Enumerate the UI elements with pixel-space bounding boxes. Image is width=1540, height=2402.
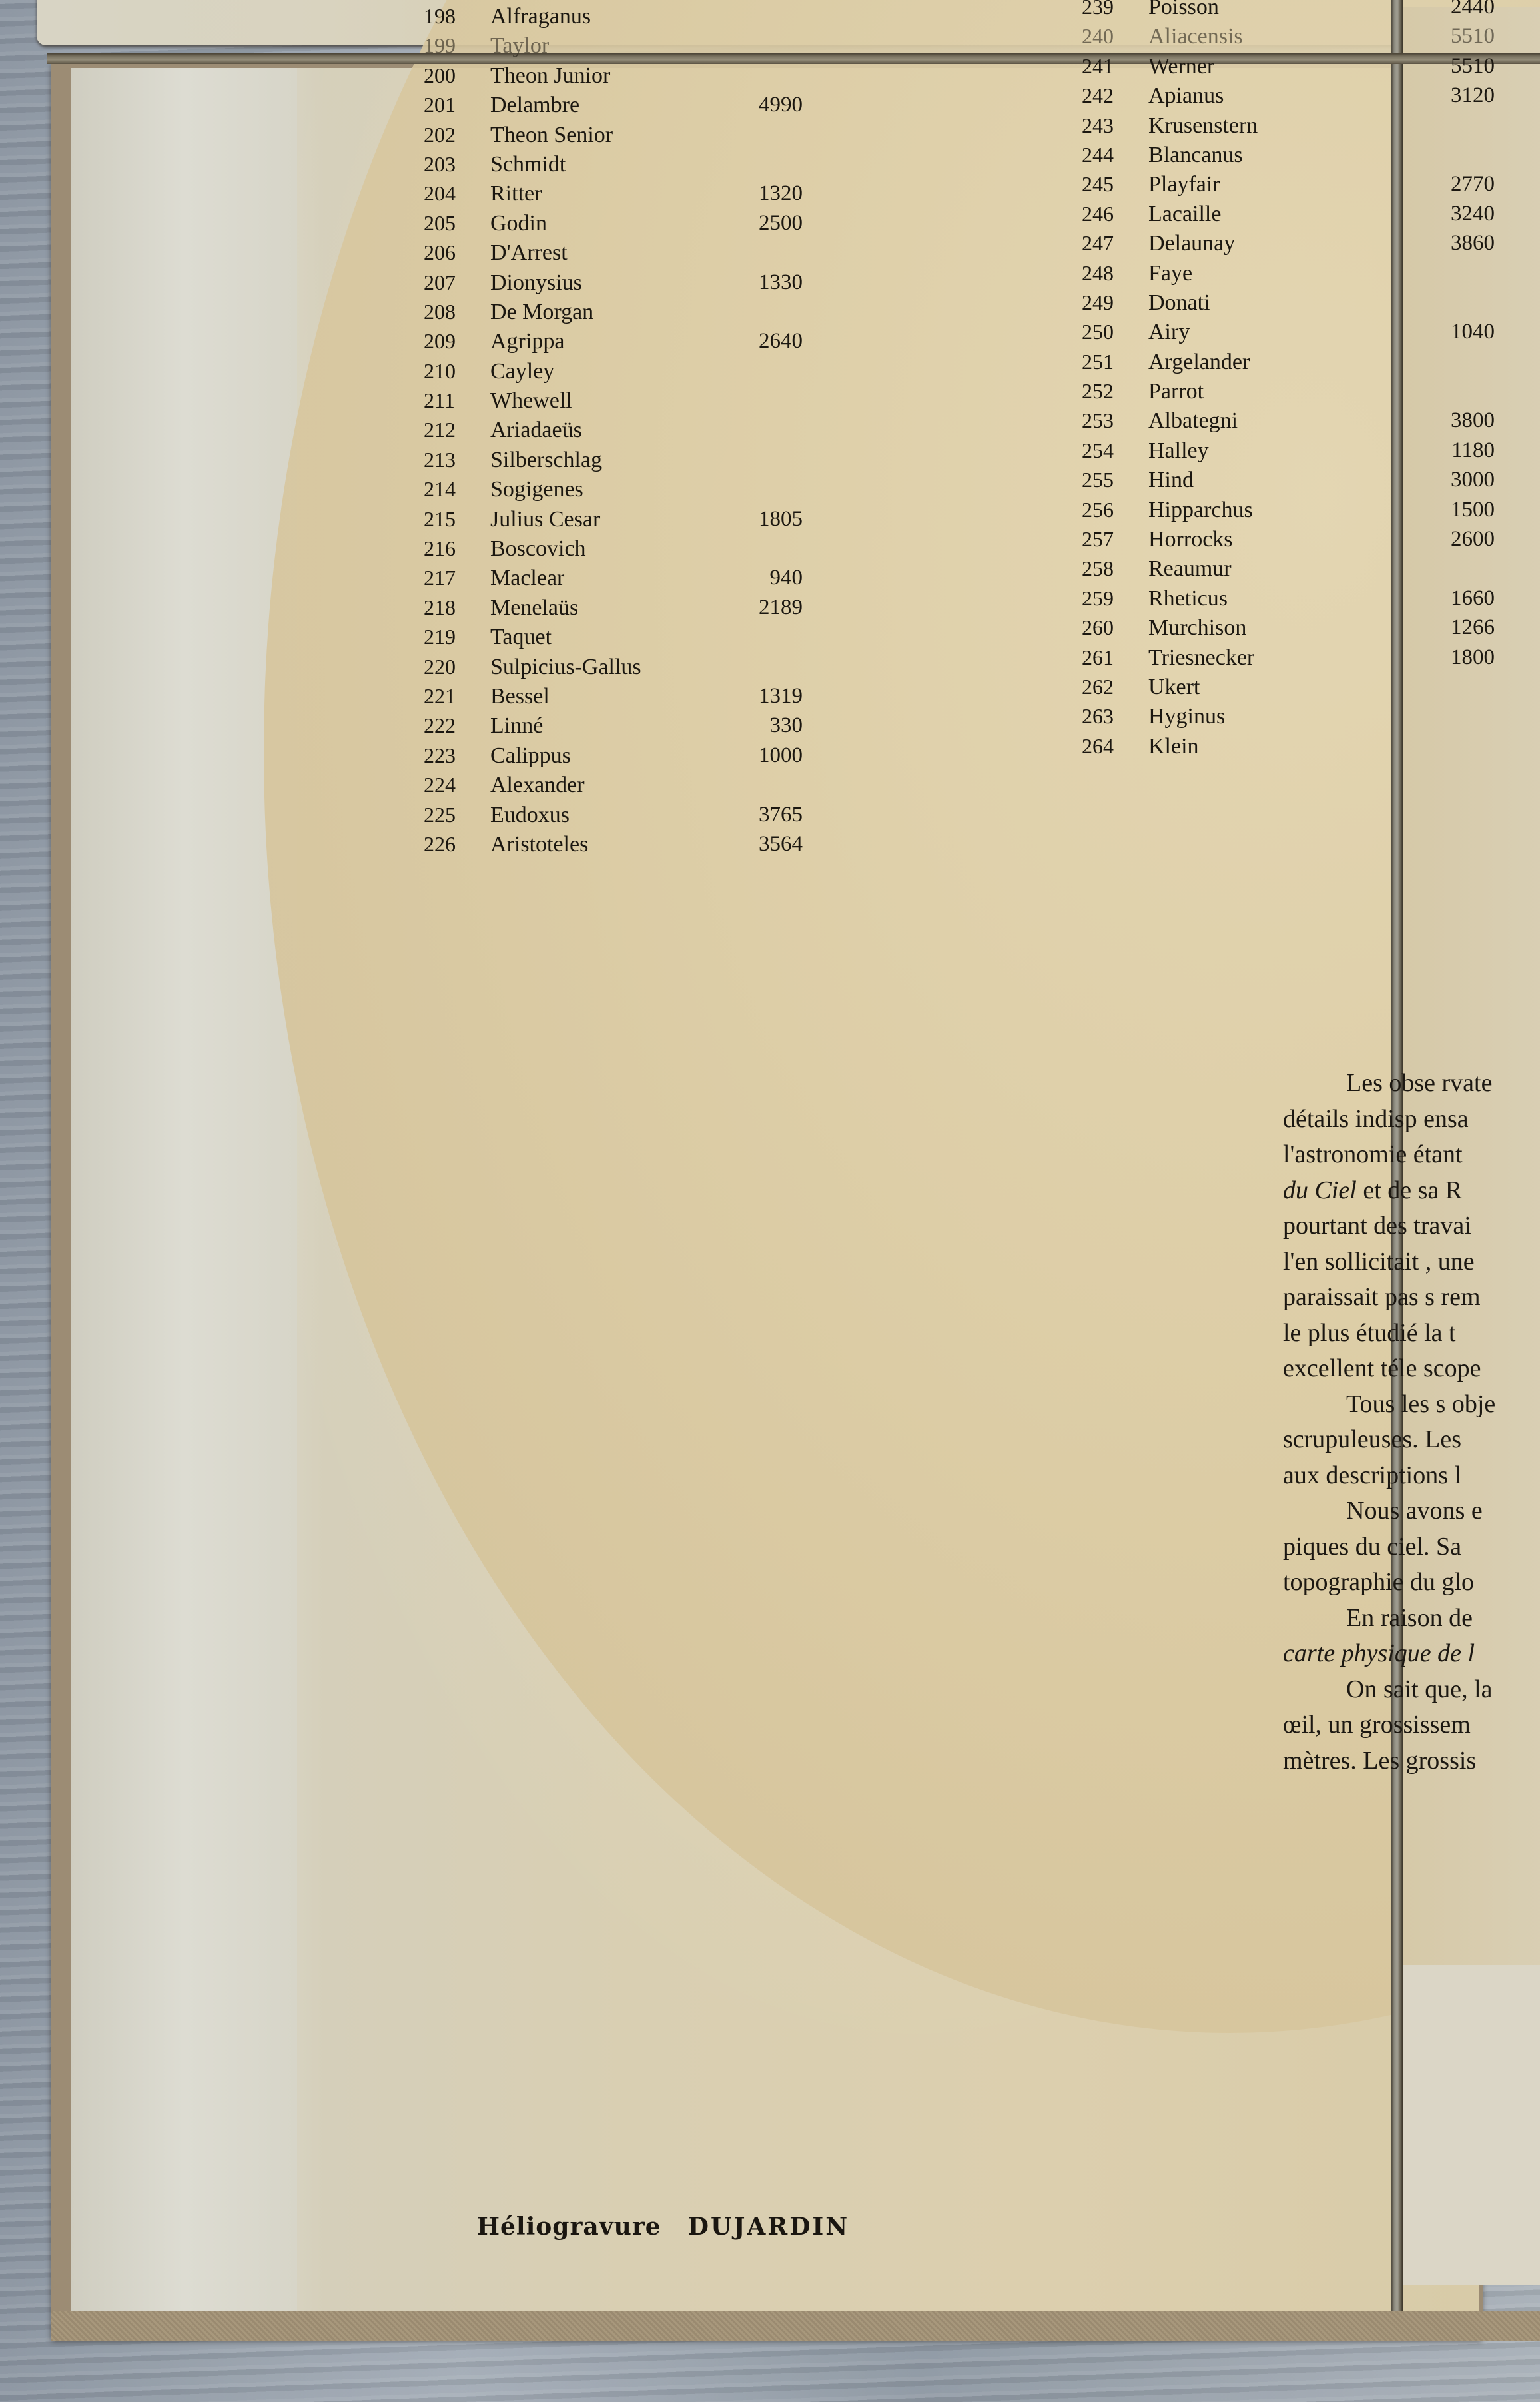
crater-number: 207 (424, 270, 484, 295)
intro-line: En raison de (1283, 1601, 1540, 1637)
crater-altitude: 1266 (1415, 615, 1495, 640)
crater-number: 219 (424, 625, 484, 649)
intro-line: paraissait pas s rem (1283, 1280, 1540, 1316)
credit-brand: DUJARDIN (688, 2213, 849, 2241)
crater-altitude: 5510 (1415, 24, 1495, 49)
crater-number: 261 (1082, 645, 1142, 670)
cloth-binding-edge (51, 2311, 1540, 2341)
crater-name: Julius Cesar (490, 507, 600, 532)
crater-altitude: 3564 (723, 832, 803, 857)
crater-altitude: 1180 (1415, 438, 1495, 463)
crater-name: Alexander (490, 773, 585, 798)
intro-line: mètres. Les grossis (1283, 1743, 1540, 1779)
crater-altitude: 330 (723, 713, 803, 738)
crater-name: Godin (490, 211, 547, 236)
crater-altitude: 2440 (1415, 0, 1495, 19)
crater-number: 254 (1082, 438, 1142, 463)
crater-name: Aristoteles (490, 832, 588, 857)
crater-altitude: 1805 (723, 507, 803, 532)
crater-name: Krusenstern (1148, 113, 1258, 139)
crater-name: Silberschlag (490, 448, 602, 473)
crater-name: Linné (490, 713, 543, 739)
intro-line: Tous les s obje (1283, 1387, 1540, 1423)
crater-name: Blancanus (1148, 143, 1243, 168)
crater-name: Whewell (490, 388, 572, 414)
crater-number: 202 (424, 123, 484, 147)
crater-name: Rheticus (1148, 586, 1228, 611)
crater-name: Airy (1148, 320, 1190, 345)
crater-number: 214 (424, 477, 484, 502)
crater-altitude: 2600 (1415, 527, 1495, 552)
crater-number: 224 (424, 773, 484, 797)
crater-name: Donati (1148, 290, 1210, 316)
paper (71, 68, 1479, 2311)
intro-line: Nous avons e (1283, 1493, 1540, 1529)
crater-number: 222 (424, 713, 484, 738)
crater-name: Werner (1148, 54, 1214, 79)
horizontal-fold-hinge (47, 53, 1540, 64)
crater-altitude: 3120 (1415, 83, 1495, 108)
crater-number: 251 (1082, 350, 1142, 374)
intro-line: le plus étudié la t (1283, 1316, 1540, 1352)
crater-altitude: 3000 (1415, 468, 1495, 492)
crater-name: Hind (1148, 468, 1194, 493)
crater-number: 206 (424, 240, 484, 265)
crater-number: 240 (1082, 24, 1142, 49)
crater-number: 247 (1082, 231, 1142, 256)
intro-line: l'en sollicitait , une (1283, 1244, 1540, 1280)
crater-number: 257 (1082, 527, 1142, 552)
crater-altitude: 2500 (723, 211, 803, 236)
crater-name: Agrippa (490, 329, 564, 354)
crater-name: Halley (1148, 438, 1209, 464)
crater-name: De Morgan (490, 300, 593, 325)
printer-credit: HéliogravureDUJARDIN (477, 2213, 849, 2241)
crater-name: Playfair (1148, 172, 1220, 197)
crater-name: Ariadaeüs (490, 418, 582, 443)
intro-line: scrupuleuses. Les (1283, 1422, 1540, 1458)
intro-paragraph: Les obse rvatedétails indisp ensal'astro… (1283, 1066, 1540, 1779)
crater-number: 260 (1082, 615, 1142, 640)
crater-number: 220 (424, 655, 484, 679)
crater-number: 253 (1082, 408, 1142, 433)
crater-number: 263 (1082, 704, 1142, 729)
crater-name: Klein (1148, 734, 1199, 759)
crater-name: Delambre (490, 93, 579, 118)
crater-number: 215 (424, 507, 484, 532)
crater-number: 212 (424, 418, 484, 442)
crater-number: 245 (1082, 172, 1142, 197)
crater-number: 209 (424, 329, 484, 354)
crater-altitude: 1660 (1415, 586, 1495, 611)
crater-number: 242 (1082, 83, 1142, 108)
crater-number: 264 (1082, 734, 1142, 759)
crater-altitude: 1320 (723, 181, 803, 206)
crater-name: Taquet (490, 625, 552, 650)
crater-name: Menelaüs (490, 596, 578, 621)
crater-number: 226 (424, 832, 484, 857)
crater-number: 218 (424, 596, 484, 620)
intro-line: du Ciel et de sa R (1283, 1173, 1540, 1209)
crater-number: 203 (424, 152, 484, 177)
crater-name: Alfraganus (490, 4, 591, 29)
intro-line: Les obse rvate (1283, 1066, 1540, 1102)
crater-number: 243 (1082, 113, 1142, 138)
crater-number: 239 (1082, 0, 1142, 19)
crater-name: Delaunay (1148, 231, 1235, 256)
crater-name: Sulpicius-Gallus (490, 655, 641, 680)
crater-number: 223 (424, 743, 484, 768)
crater-number: 249 (1082, 290, 1142, 315)
crater-name: Apianus (1148, 83, 1224, 109)
intro-line: l'astronomie étant (1283, 1137, 1540, 1173)
crater-number: 204 (424, 181, 484, 206)
crater-altitude: 2189 (723, 596, 803, 620)
intro-line: excellent téle scope (1283, 1351, 1540, 1387)
credit-prefix: Héliogravure (477, 2213, 661, 2241)
crater-number: 211 (424, 388, 484, 413)
crater-name: Hyginus (1148, 704, 1225, 729)
crater-name: Horrocks (1148, 527, 1233, 552)
crater-number: 210 (424, 359, 484, 384)
crater-altitude: 1800 (1415, 645, 1495, 670)
crater-name: Bessel (490, 684, 550, 709)
intro-line: topographie du glo (1283, 1565, 1540, 1601)
crater-name: Theon Senior (490, 123, 613, 148)
crater-number: 200 (424, 63, 484, 88)
crater-altitude: 2640 (723, 329, 803, 354)
crater-altitude: 5510 (1415, 54, 1495, 79)
crater-altitude: 3240 (1415, 202, 1495, 226)
crater-altitude: 940 (723, 566, 803, 590)
crater-number: 250 (1082, 320, 1142, 344)
crater-number: 221 (424, 684, 484, 709)
crater-number: 241 (1082, 54, 1142, 79)
crater-number: 246 (1082, 202, 1142, 226)
crater-number: 208 (424, 300, 484, 324)
crater-name: Aliacensis (1148, 24, 1243, 49)
crater-name: D'Arrest (490, 240, 568, 266)
crater-name: Cayley (490, 359, 554, 384)
crater-name: Albategni (1148, 408, 1238, 434)
crater-number: 216 (424, 536, 484, 561)
crater-name: Triesnecker (1148, 645, 1254, 671)
crater-altitude: 4990 (723, 93, 803, 117)
crater-number: 259 (1082, 586, 1142, 611)
crater-number: 225 (424, 803, 484, 827)
crater-name: Ritter (490, 181, 542, 206)
crater-number: 258 (1082, 556, 1142, 581)
crater-name: Poisson (1148, 0, 1219, 20)
crater-name: Calippus (490, 743, 571, 769)
crater-name: Reaumur (1148, 556, 1232, 582)
crater-name: Parrot (1148, 379, 1204, 404)
crater-name: Eudoxus (490, 803, 570, 828)
paper-pale-band (71, 68, 297, 2311)
intro-line: détails indisp ensa (1283, 1102, 1540, 1138)
crater-name: Argelander (1148, 350, 1250, 375)
crater-name: Sogigenes (490, 477, 583, 502)
crater-name: Faye (1148, 261, 1192, 286)
crater-altitude: 3860 (1415, 231, 1495, 256)
crater-name: Boscovich (490, 536, 586, 562)
crater-number: 262 (1082, 675, 1142, 699)
crater-number: 256 (1082, 498, 1142, 522)
intro-line: pourtant des travai (1283, 1208, 1540, 1244)
crater-altitude: 3800 (1415, 408, 1495, 433)
crater-name: Dionysius (490, 270, 582, 296)
intro-line: aux descriptions l (1283, 1458, 1540, 1494)
crater-number: 248 (1082, 261, 1142, 286)
crater-altitude: 1000 (723, 743, 803, 768)
map-sheet (51, 61, 1483, 2339)
crater-number: 244 (1082, 143, 1142, 167)
intro-line: On sait que, la (1283, 1672, 1540, 1708)
crater-number: 205 (424, 211, 484, 236)
crater-name: Theon Junior (490, 63, 610, 89)
crater-number: 198 (424, 4, 484, 29)
crater-name: Hipparchus (1148, 498, 1253, 523)
crater-number: 255 (1082, 468, 1142, 492)
crater-name: Ukert (1148, 675, 1200, 700)
crater-altitude: 1040 (1415, 320, 1495, 344)
intro-line: carte physique de l (1283, 1636, 1540, 1672)
crater-number: 213 (424, 448, 484, 472)
crater-altitude: 2770 (1415, 172, 1495, 197)
crater-name: Maclear (490, 566, 564, 591)
intro-line: œil, un grossissem (1283, 1707, 1540, 1743)
crater-altitude: 1319 (723, 684, 803, 709)
crater-name: Taylor (490, 33, 549, 59)
crater-number: 199 (424, 33, 484, 58)
crater-name: Lacaille (1148, 202, 1221, 227)
crater-number: 201 (424, 93, 484, 117)
crater-name: Murchison (1148, 615, 1246, 641)
crater-name: Schmidt (490, 152, 566, 177)
crater-altitude: 1330 (723, 270, 803, 295)
intro-line: piques du ciel. Sa (1283, 1529, 1540, 1565)
crater-number: 217 (424, 566, 484, 590)
crater-altitude: 3765 (723, 803, 803, 827)
crater-number: 252 (1082, 379, 1142, 404)
crater-altitude: 1500 (1415, 498, 1495, 522)
